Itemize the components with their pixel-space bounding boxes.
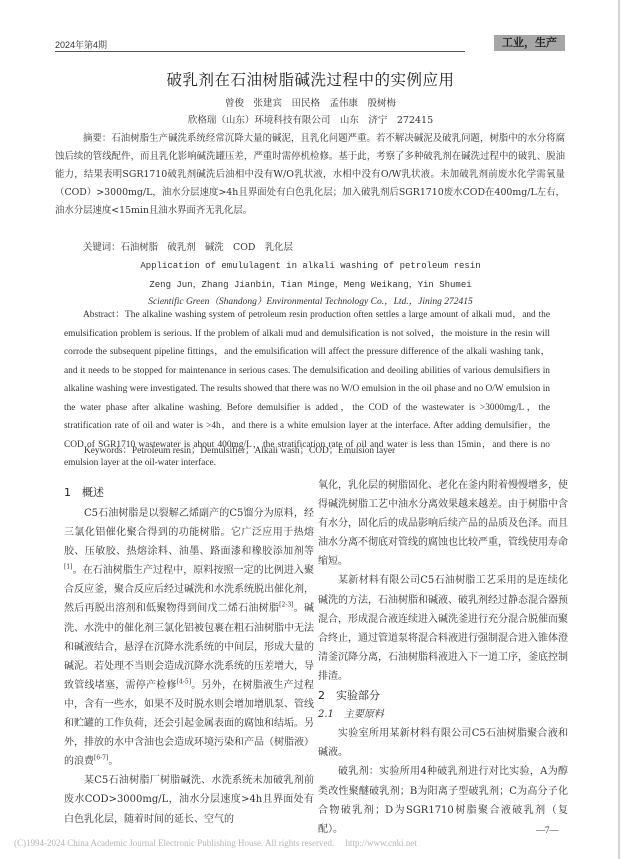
section-heading-experimental: 2 实验部分: [318, 686, 568, 705]
authors-cn: 曾俊 张建宾 田民格 孟伟康 殷树梅: [0, 95, 621, 109]
text-run: 。在石油树脂生产过程中，原料按照一定的比例进入聚合反应釜，聚合反应后经过碱洗和水…: [64, 565, 314, 614]
citation[interactable]: [1]: [64, 564, 73, 571]
citation[interactable]: [4-5]: [177, 679, 191, 686]
section-badge: 工业，生产: [494, 35, 565, 51]
page-edge-divider: [618, 0, 620, 859]
citation[interactable]: [6-7]: [94, 755, 108, 762]
paragraph: 某新材料有限公司C5石油树脂工艺采用的是连续化碱洗的方法，石油树脂和碱液、破乳剂…: [318, 571, 568, 686]
copyright-footer: (C)1994-2024 China Academic Journal Elec…: [14, 836, 417, 849]
keywords-en: Keywords：Petroleum resin；Demulsifier；Alk…: [84, 442, 395, 456]
body-column-left: C5石油树脂是以裂解乙烯副产的C5馏分为原料，经三氯化铝催化聚合得到的功能树脂。…: [64, 504, 314, 829]
abstract-en-label: Abstract：: [83, 310, 125, 320]
text-run: 。: [108, 756, 118, 767]
abstract-cn-text: 石油树脂生产碱洗系统经常沉降大量的碱泥，且乳化问题严重。若不解决碱泥及破乳问题，…: [55, 133, 565, 216]
page-number: —7—: [536, 825, 559, 835]
keywords-en-label: Keywords：: [84, 446, 132, 456]
paragraph: 某C5石油树脂厂树脂碱洗、水洗系统未加破乳剂前废水COD>3000mg/L，油水…: [64, 771, 314, 828]
section-heading-overview: 1 概述: [64, 484, 104, 500]
citation[interactable]: [2-3]: [279, 602, 293, 609]
text-run: C5石油树脂是以裂解乙烯副产的C5馏分为原料，经三氯化铝催化聚合得到的功能树脂。…: [64, 508, 314, 557]
paragraph: C5石油树脂是以裂解乙烯副产的C5馏分为原料，经三氯化铝催化聚合得到的功能树脂。…: [64, 504, 314, 771]
authors-en: Zeng Jun，Zhang Jianbin，Tian Minge，Meng W…: [0, 277, 621, 290]
paragraph: 氧化，乳化层的树脂固化、老化在釜内附着慢慢增多，使得碱洗树脂工艺中油水分离效果越…: [318, 476, 568, 571]
keywords-cn-label: 关键词：: [83, 242, 121, 253]
abstract-cn-label: 摘要：: [83, 133, 111, 144]
article-title-en: Application of emululagent in alkali was…: [0, 261, 621, 271]
article-title: 破乳剂在石油树脂碱洗过程中的实例应用: [0, 68, 621, 90]
running-header: 2024年第4期: [55, 35, 465, 52]
keywords-en-text: Petroleum resin；Demulsifier；Alkali wash；…: [132, 446, 395, 456]
keywords-cn: 关键词：石油树脂 破乳剂 碱洗 COD 乳化层: [83, 239, 293, 253]
paragraph: 实验室所用某新材料有限公司C5石油树脂聚合液和碱液。: [318, 724, 568, 762]
journal-issue: 2024年第4期: [55, 38, 107, 51]
paragraph: 破乳剂：实验所用4种破乳剂进行对比实验，A为醇类改性聚醚破乳剂；B为阳离子型破乳…: [318, 762, 568, 838]
affiliation-cn: 欣格瑞（山东）环境科技有限公司 山东 济宁 272415: [0, 112, 621, 126]
subsection-heading-materials: 2.1 主要原料: [318, 705, 568, 724]
abstract-cn: 摘要：石油树脂生产碱洗系统经常沉降大量的碱泥，且乳化问题严重。若不解决碱泥及破乳…: [55, 130, 565, 220]
body-column-right: 氧化，乳化层的树脂固化、老化在釜内附着慢慢增多，使得碱洗树脂工艺中油水分离效果越…: [318, 476, 568, 839]
keywords-cn-text: 石油树脂 破乳剂 碱洗 COD 乳化层: [121, 242, 293, 253]
affiliation-en: Scientific Green（Shandong）Environmental …: [0, 293, 621, 307]
